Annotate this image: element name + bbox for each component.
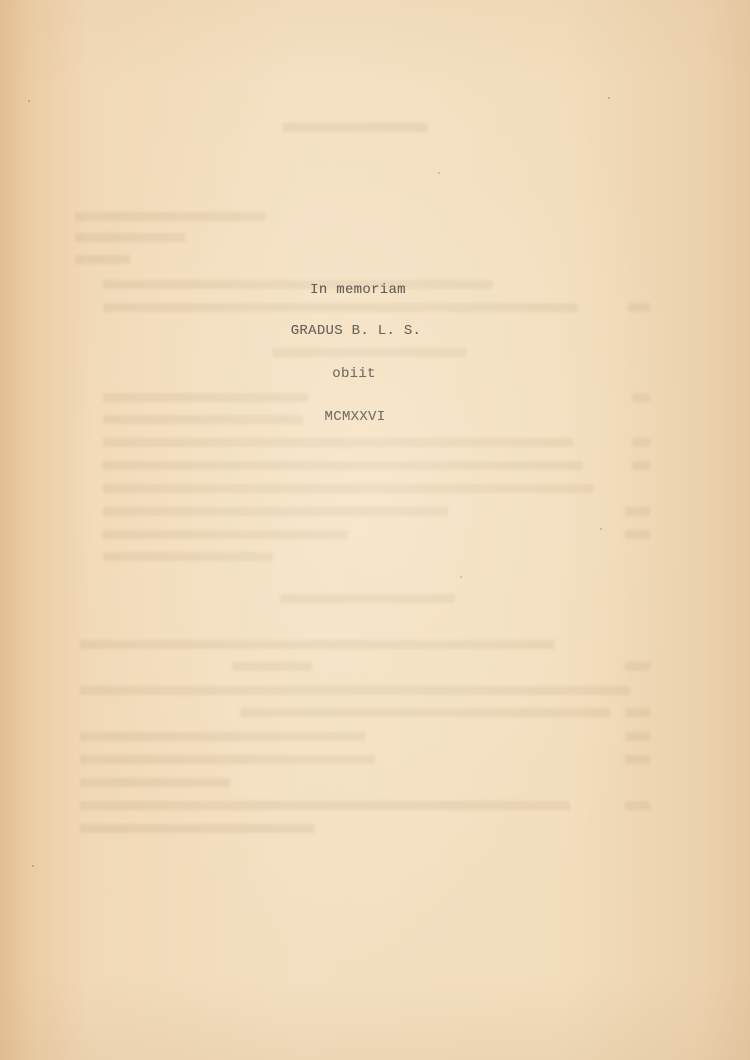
- bleed-through-page-number: [625, 732, 650, 741]
- bleed-through-line: [272, 348, 467, 357]
- paper-speck: [32, 865, 34, 867]
- bleed-through-page-number: [625, 662, 650, 671]
- bleed-through-heading: [283, 123, 428, 132]
- paper-speck: [460, 576, 462, 578]
- bleed-through-line: [103, 415, 303, 424]
- bleed-through-line: [103, 393, 308, 402]
- paper-speck: [28, 100, 30, 102]
- bleed-through-page-number: [625, 801, 650, 810]
- bleed-through-page-number: [632, 461, 650, 470]
- bleed-through-line: [103, 484, 593, 493]
- bleed-through-line: [80, 732, 365, 741]
- obiit-text: obiit: [332, 366, 376, 382]
- bleed-through-line: [75, 255, 130, 264]
- scanned-page: In memoriam GRADUS B. L. S. obiit MCMXXV…: [0, 0, 750, 1060]
- bleed-through-page-number: [625, 755, 650, 764]
- paper-speck: [608, 97, 610, 99]
- bleed-through-page-number: [628, 303, 650, 312]
- bleed-through-line: [240, 708, 610, 717]
- paper-speck: [438, 172, 440, 174]
- bleed-through-line: [75, 212, 265, 221]
- bleed-through-line: [80, 778, 230, 787]
- bleed-through-line: [80, 824, 315, 833]
- bleed-through-line: [80, 755, 375, 764]
- bleed-through-line: [80, 686, 630, 695]
- bleed-through-line: [232, 662, 312, 671]
- bleed-through-line: [103, 507, 448, 516]
- bleed-through-line: [103, 303, 578, 312]
- bleed-through-line: [80, 801, 570, 810]
- bleed-through-page-number: [632, 438, 650, 447]
- bleed-through-page-number: [625, 507, 650, 516]
- year-of-death: MCMXXVI: [325, 409, 386, 425]
- bleed-through-line: [103, 438, 573, 447]
- paper-speck: [600, 528, 602, 530]
- bleed-through-page-number: [625, 708, 650, 717]
- bleed-through-line: [103, 552, 273, 561]
- bleed-through-line: [103, 280, 493, 289]
- bleed-through-heading: [280, 594, 455, 603]
- bleed-through-line: [103, 530, 348, 539]
- honoree-name: GRADUS B. L. S.: [291, 323, 422, 339]
- bleed-through-line: [75, 233, 185, 242]
- bleed-through-page-number: [625, 530, 650, 539]
- in-memoriam-text: In memoriam: [310, 282, 406, 298]
- bleed-through-page-number: [632, 393, 650, 402]
- bleed-through-line: [103, 461, 583, 470]
- bleed-through-line: [80, 640, 555, 649]
